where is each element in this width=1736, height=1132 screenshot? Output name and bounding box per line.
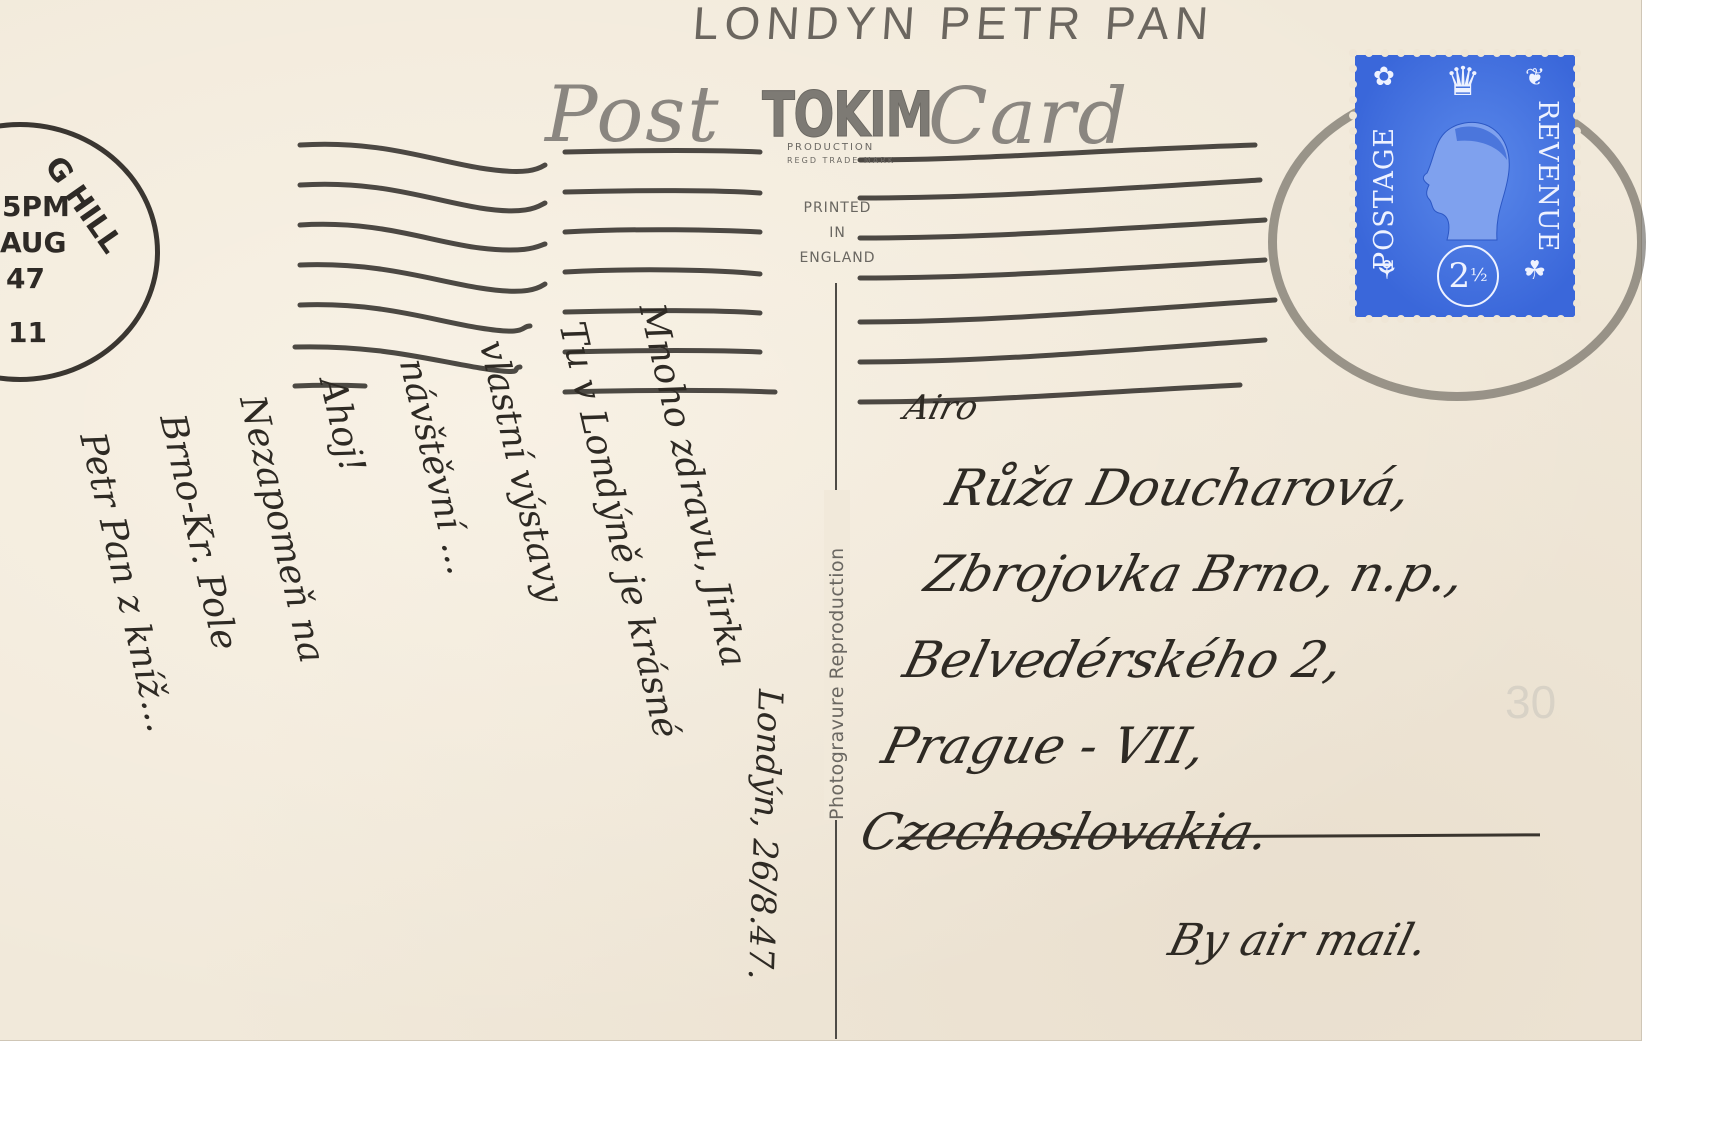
pencil-note: LONDYN PETR PAN [691, 0, 1216, 50]
airmail-note: By air mail. [1164, 915, 1433, 966]
publisher-sub-production: PRODUCTION [787, 142, 874, 153]
postmark-time: 5PM [2, 190, 70, 223]
title-card: Card [928, 72, 1129, 162]
publisher-sub-trademark: REGD TRADE MARK [787, 156, 895, 165]
printed-in-england: PRINTED IN ENGLAND [780, 196, 895, 271]
postmark-year: 47 [6, 262, 45, 295]
address-line: Belvedérského 2, [894, 617, 1453, 703]
stamp-value-fraction: ½ [1470, 265, 1487, 286]
stamp-value: 2½ [1437, 245, 1499, 307]
king-george-vi-profile-icon [1417, 115, 1517, 245]
stamp-postage-text: POSTAGE [1369, 127, 1400, 270]
printed-line: PRINTED [780, 196, 895, 221]
stamp-value-whole: 2 [1448, 256, 1470, 296]
address-line: Zbrojovka Brno, n.p., [916, 531, 1475, 617]
shamrock-icon: ☘ [1523, 255, 1546, 286]
message-date: 26/8.47. [740, 838, 785, 981]
address-block: Růža Doucharová, Zbrojovka Brno, n.p., B… [851, 445, 1495, 875]
divider-caption: Photogravure Reproduction [826, 547, 848, 820]
postcard-back: LONDYN PETR PAN Post TOKIM PRODUCTION RE… [0, 0, 1642, 1041]
address-line: Czechoslovakia. [851, 789, 1410, 875]
address-salutation: Airo [900, 388, 982, 428]
address-line: Prague - VII, [873, 703, 1432, 789]
pencil-margin-mark: 30 [1505, 675, 1556, 729]
printed-line: ENGLAND [780, 246, 895, 271]
thistle-icon: ❦ [1525, 63, 1545, 92]
daffodil-icon: ⚘ [1375, 255, 1398, 286]
publisher-logo: TOKIM [762, 78, 932, 151]
printed-line: IN [780, 221, 895, 246]
postmark-month: AUG [0, 226, 67, 259]
postmark-code: 11 [8, 316, 47, 349]
postage-stamp: ♛ ✿ ❦ POSTAGE REVENUE 2½ ⚘ ☘ [1355, 55, 1575, 317]
crown-icon: ♛ [1445, 59, 1481, 105]
title-post: Post [545, 70, 721, 160]
address-line: Růža Doucharová, [937, 445, 1496, 531]
stamp-revenue-text: REVENUE [1532, 100, 1563, 252]
rose-icon: ✿ [1373, 61, 1395, 92]
